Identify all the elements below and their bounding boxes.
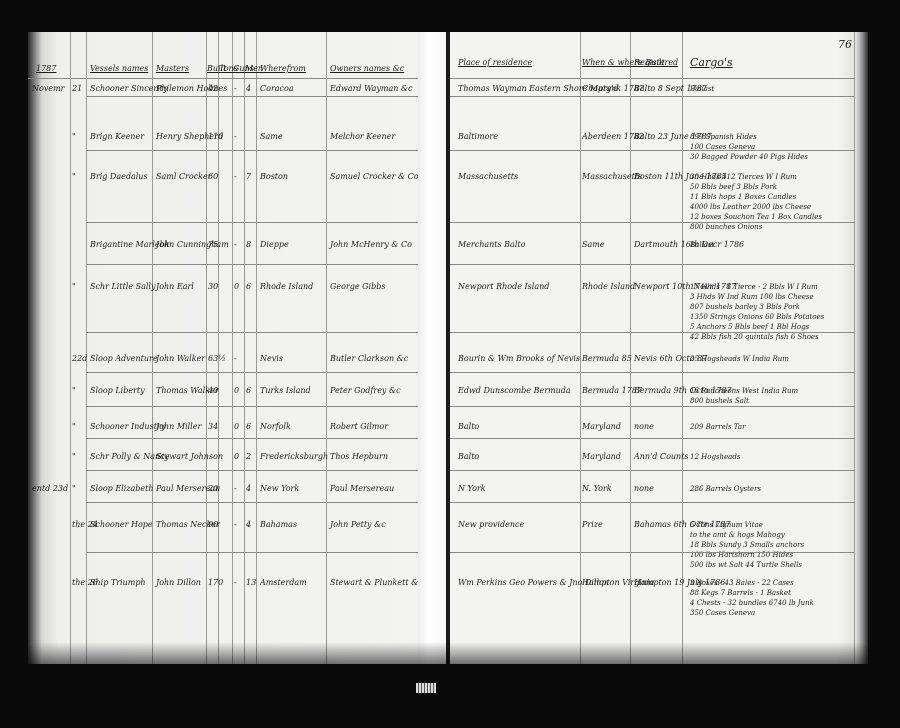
owners: Stewart & Plunkett & Co <box>330 578 420 588</box>
cargo-line: 11 Bbls hops 1 Boxes Candles <box>690 192 822 202</box>
registered: none <box>634 422 654 432</box>
column-header: Masters <box>156 64 189 74</box>
ruled-line <box>86 264 420 265</box>
entry-month: Novemr <box>32 84 64 94</box>
cargo-line: 88 Kegs 7 Barrels - 1 Basket <box>690 588 814 598</box>
owners: John Petty &c <box>330 520 386 530</box>
master-name: John Earl <box>156 282 194 292</box>
when-where-built: Maryland <box>582 452 621 462</box>
tonnage: 34 <box>208 422 218 432</box>
when-where-built: Bermuda 1787 <box>582 386 642 396</box>
owners: Edward Wayman &c <box>330 84 413 94</box>
cargo-line: 4000 lbs Leather 2000 lbs Cheese <box>690 202 822 212</box>
registered: none <box>634 484 654 494</box>
port-from: Bahamas <box>260 520 297 530</box>
ruled-line <box>450 438 854 439</box>
cargo-line: 4 Chests - 32 bundles 6740 lb Junk <box>690 598 814 608</box>
owners: Melchor Keener <box>330 132 395 142</box>
men: 13 <box>246 578 256 588</box>
cargo-line: 209 Barrels Tar <box>690 422 745 432</box>
ruled-line <box>86 222 420 223</box>
ruled-line <box>86 150 420 151</box>
scan-frame-marker <box>416 683 436 693</box>
guns: 0 <box>234 452 239 462</box>
tonnage: 75 <box>208 240 218 250</box>
tonnage: 63½ <box>208 354 226 364</box>
men: 6 <box>246 282 251 292</box>
ruled-line <box>86 332 420 333</box>
cargo-line: 350 Cases Geneva <box>690 608 814 618</box>
cargo-list: 3 Boxes - 43 Bales - 22 Cases88 Kegs 7 B… <box>690 578 814 618</box>
port-from: Fredericksburgh <box>260 452 328 462</box>
column-header: Owners names &c <box>330 64 404 74</box>
right-page: 76 Place of residenceWhen & where BuiltR… <box>450 32 868 664</box>
column-header: Vessels names <box>90 64 148 74</box>
vessel-name: Brign Keener <box>90 132 144 142</box>
men: 4 <box>246 484 251 494</box>
men: 6 <box>246 386 251 396</box>
cargo-line: 800 bunches Onions <box>690 222 822 232</box>
ruled-line <box>86 552 420 553</box>
registered: Ann'd Counts <box>634 452 689 462</box>
ruled-line <box>86 372 420 373</box>
tonnage: 170 <box>208 578 223 588</box>
page-number: 76 <box>838 38 852 51</box>
master-name: Stewart Johnson <box>156 452 223 462</box>
entry-day: " <box>72 386 76 396</box>
port-from: Rhode Island <box>260 282 313 292</box>
cargo-line: 12 boxes Souchon Tea 1 Box Candles <box>690 212 822 222</box>
cargo-line: 12 Hogsheads <box>690 452 740 462</box>
port-from: New York <box>260 484 299 494</box>
place-of-residence: Merchants Balto <box>458 240 525 250</box>
vessel-name: Sloop Adventure <box>90 354 158 364</box>
cargo-line: 3 Boxes - 43 Bales - 22 Cases <box>690 578 814 588</box>
place-of-residence: Edwd Dunscombe Bermuda <box>458 386 571 396</box>
guns: - <box>234 132 237 142</box>
owners: George Gibbs <box>330 282 385 292</box>
place-of-residence: N York <box>458 484 486 494</box>
cargo-line: 42 Bbls fish 20 quintals fish 6 Shoes <box>690 332 824 342</box>
entry-day: " <box>72 452 76 462</box>
guns: 0 <box>234 282 239 292</box>
ruled-line <box>86 406 420 407</box>
column-header: Cargo's <box>690 58 733 68</box>
ruled-line <box>28 78 420 79</box>
master-name: John Miller <box>156 422 201 432</box>
cargo-line: 30 Hhds 412 Tierces W I Rum <box>690 172 822 182</box>
cargo-line: 807 bushels barley 3 Bbls Pork <box>690 302 824 312</box>
guns: - <box>234 484 237 494</box>
ruled-line <box>450 78 854 79</box>
owners: Butler Clarkson &c <box>330 354 408 364</box>
entry-day: 21 <box>72 84 82 94</box>
cargo-line: 18 Bbls Sundy 3 Smalls anchors <box>690 540 804 550</box>
men: 6 <box>246 422 251 432</box>
men: 2 <box>246 452 251 462</box>
vessel-name: Sloop Liberty <box>90 386 145 396</box>
cargo-line: 500 lbs wt Salt 44 Turtle Shells <box>690 560 804 570</box>
ruled-line <box>450 406 854 407</box>
men: 4 <box>246 520 251 530</box>
vessel-name: Schr Little Sally <box>90 282 156 292</box>
ledger-scan: 1787Vessels namesMastersBuiltTonsGunsMen… <box>28 32 870 664</box>
cargo-line: 17 Hhds - 1 Tierce - 2 Bbls W I Rum <box>690 282 824 292</box>
place-of-residence: Baltimore <box>458 132 498 142</box>
master-name: Saml Crocker <box>156 172 212 182</box>
master-name: John Dillon <box>156 578 201 588</box>
cargo-list: 17 Hhds - 1 Tierce - 2 Bbls W I Rum3 Hhd… <box>690 282 824 342</box>
owners: John McHenry & Co <box>330 240 412 250</box>
tonnage: 110 <box>208 132 223 142</box>
cargo-list: 25 Hogsheads W India Rum <box>690 354 789 364</box>
men: 8 <box>246 240 251 250</box>
guns: - <box>234 240 237 250</box>
port-from: Norfolk <box>260 422 291 432</box>
vessel-name: Sloop Elizabeth <box>90 484 154 494</box>
cargo-line: 5 Tons Lignum Vitae <box>690 520 804 530</box>
port-from: Amsterdam <box>260 578 307 588</box>
entry-day: " <box>72 484 76 494</box>
when-where-built: N. York <box>582 484 612 494</box>
vessel-name: Schooner Industry <box>90 422 165 432</box>
cargo-line: 3 Hhds W Ind Rum 100 lbs Cheese <box>690 292 824 302</box>
when-where-built: Same <box>582 240 605 250</box>
port-from: Turks Island <box>260 386 311 396</box>
when-where-built: Maryland <box>582 422 621 432</box>
tonnage: 90 <box>208 520 218 530</box>
ruled-line <box>450 264 854 265</box>
tonnage: 42 <box>208 84 218 94</box>
entry-day: " <box>72 172 76 182</box>
vessel-name: Ship Triumph <box>90 578 146 588</box>
ruled-line <box>86 470 420 471</box>
cargo-line: 50 Bbls beef 3 Bbls Pork <box>690 182 822 192</box>
guns: - <box>234 172 237 182</box>
when-where-built: Rhode Island <box>582 282 635 292</box>
ruled-line <box>450 552 854 553</box>
cargo-list: 5 Tons Lignum Vitaeto the amt & hogs Mah… <box>690 520 804 570</box>
men: 4 <box>246 84 251 94</box>
owners: Thos Hepburn <box>330 452 388 462</box>
cargo-line: 5 Anchors 5 Bbls beef 1 Bbl Hogs <box>690 322 824 332</box>
guns: - <box>234 84 237 94</box>
ruled-line <box>450 222 854 223</box>
ruled-line <box>86 502 420 503</box>
owners: Samuel Crocker & Co <box>330 172 419 182</box>
guns: - <box>234 520 237 530</box>
entry-month: entd 23d <box>32 484 68 494</box>
port-from: Same <box>260 132 283 142</box>
ruled-line <box>450 150 854 151</box>
cargo-list: 286 Barrels Oysters <box>690 484 761 494</box>
cargo-line: 30 Bagged Powder 40 Pigs Hides <box>690 152 808 162</box>
entry-day: " <box>72 132 76 142</box>
guns: 0 <box>234 386 239 396</box>
cargo-list: Ballast <box>690 84 714 94</box>
vessel-name: Brig Daedalus <box>90 172 148 182</box>
ruled-line <box>450 470 854 471</box>
vessel-name: Schooner Hope <box>90 520 153 530</box>
cargo-list: 15 Puncheons West India Rum800 bushels S… <box>690 386 798 406</box>
cargo-list: 12 Hogsheads <box>690 452 740 462</box>
when-where-built: Bermuda 85 <box>582 354 632 364</box>
entry-day: 22d <box>72 354 87 364</box>
column-header: 1787 <box>36 64 56 74</box>
cargo-list: 209 Barrels Tar <box>690 422 745 432</box>
cargo-line: Ballast <box>690 240 714 250</box>
cargo-list: 30 Hhds 412 Tierces W I Rum50 Bbls beef … <box>690 172 822 232</box>
cargo-line: to the amt & hogs Mahogy <box>690 530 804 540</box>
master-name: John Walker <box>156 354 205 364</box>
port-from: Boston <box>260 172 288 182</box>
tonnage: 40 <box>208 386 218 396</box>
cargo-line: 1350 Strings Onions 60 Bbls Potatoes <box>690 312 824 322</box>
place-of-residence: Bourin & Wm Brooks of Nevis <box>458 354 580 364</box>
ruled-line <box>86 96 420 97</box>
cargo-list: 899 Spanish Hides100 Cases Geneva30 Bagg… <box>690 132 808 162</box>
guns: - <box>234 578 237 588</box>
entry-day: " <box>72 422 76 432</box>
place-of-residence: Balto <box>458 452 479 462</box>
cargo-line: 25 Hogsheads W India Rum <box>690 354 789 364</box>
owners: Peter Godfrey &c <box>330 386 401 396</box>
ruled-line <box>450 502 854 503</box>
page-bottom-shadow <box>28 642 870 664</box>
cargo-line: 15 Puncheons West India Rum <box>690 386 798 396</box>
cargo-line: 800 bushels Salt <box>690 396 798 406</box>
guns: 0 <box>234 422 239 432</box>
column-header: Wherefrom <box>260 64 306 74</box>
cargo-line: 286 Barrels Oysters <box>690 484 761 494</box>
ruled-line <box>86 438 420 439</box>
left-page: 1787Vessels namesMastersBuiltTonsGunsMen… <box>28 32 420 664</box>
place-of-residence: Massachusetts <box>458 172 518 182</box>
port-from: Dieppe <box>260 240 289 250</box>
port-from: Nevis <box>260 354 283 364</box>
place-of-residence: Balto <box>458 422 479 432</box>
gutter-strip-left <box>418 32 446 664</box>
tonnage: 60 <box>208 172 218 182</box>
ruled-line <box>450 96 854 97</box>
entry-day: " <box>72 282 76 292</box>
column-header: Registered <box>634 58 678 68</box>
place-of-residence: New providence <box>458 520 524 530</box>
tonnage: 20 <box>208 484 218 494</box>
owners: Robert Gilmor <box>330 422 388 432</box>
ruled-line <box>450 332 854 333</box>
cargo-line: Ballast <box>690 84 714 94</box>
men: 7 <box>246 172 251 182</box>
owners: Paul Mersereau <box>330 484 394 494</box>
when-where-built: Prize <box>582 520 603 530</box>
guns: - <box>234 354 237 364</box>
column-header: Place of residence <box>458 58 532 68</box>
tonnage: 30 <box>208 282 218 292</box>
ruled-line <box>450 372 854 373</box>
place-of-residence: Newport Rhode Island <box>458 282 549 292</box>
cargo-list: Ballast <box>690 240 714 250</box>
port-from: Coracoa <box>260 84 294 94</box>
cargo-line: 899 Spanish Hides <box>690 132 808 142</box>
